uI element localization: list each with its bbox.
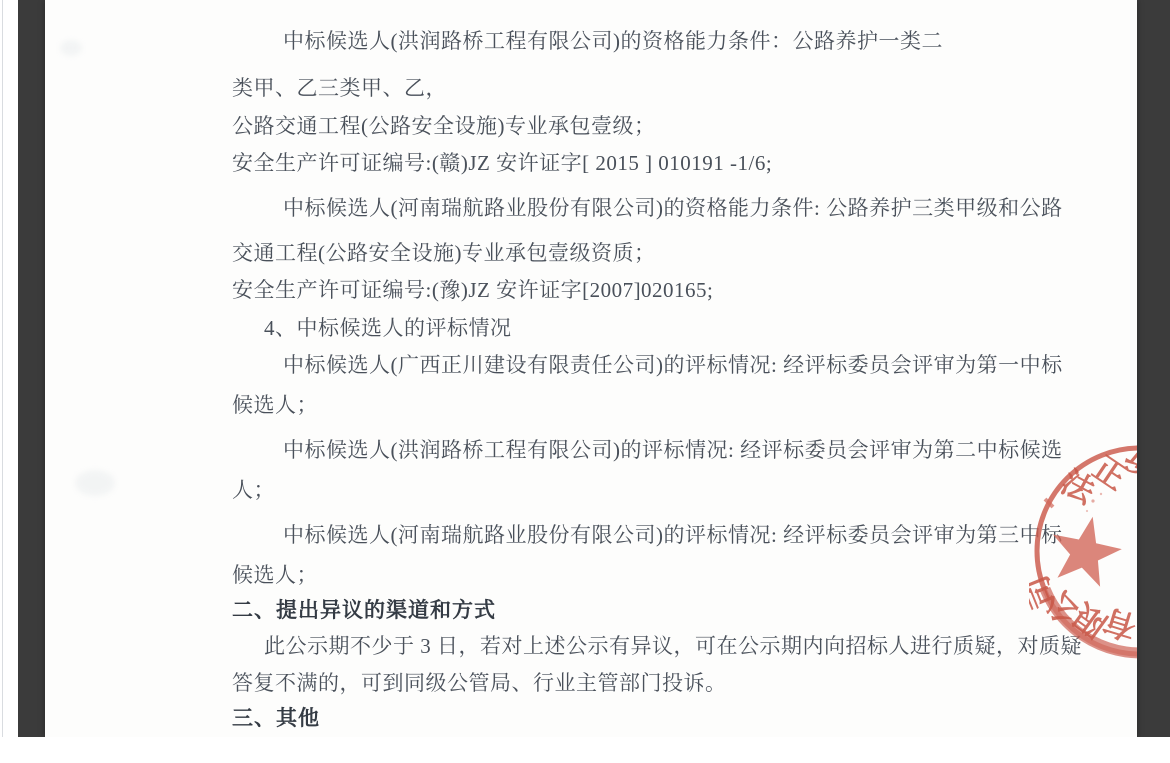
doc-line: 候选人； [232,560,318,590]
stamp-speck [1086,510,1088,512]
doc-line: 中标候选人(广西正川建设有限责任公司)的评标情况: 经评标委员会评审为第一中标 [283,350,1063,380]
doc-line: 候选人； [232,390,318,420]
doc-line: 安全生产许可证编号:(赣)JZ 安许证字[ 2015 ] 010191 -1/6… [232,148,772,178]
scan-smudge [60,40,82,56]
doc-line: 人； [232,475,275,505]
document-page: 中标候选人(洪润路桥工程有限公司)的资格能力条件：公路养护一类二 类甲、乙三类甲… [45,0,1137,737]
doc-line: 公路交通工程(公路安全设施)专业承包壹级； [232,111,656,141]
stamp-speck [1100,493,1102,495]
doc-line: 中标候选人(洪润路桥工程有限公司)的资格能力条件：公路养护一类二 [283,26,943,56]
scan-smudge [75,470,115,496]
stamp-speck [1091,499,1094,502]
doc-line: 类甲、乙三类甲、乙， [232,73,447,103]
stamp-char-bottom: 有 [1099,602,1137,646]
doc-section-heading-2: 二、提出异议的渠道和方式 [232,595,496,625]
document-viewer-background: 中标候选人(洪润路桥工程有限公司)的资格能力条件：公路养护一类二 类甲、乙三类甲… [18,0,1170,737]
window-left-border [2,0,3,737]
doc-line: 安全生产许可证编号:(豫)JZ 安许证字[2007]020165; [232,275,713,305]
doc-line: 此公示期不少于 3 日，若对上述公示有异议，可在公示期内向招标人进行质疑，对质疑 [264,631,1082,661]
screenshot-stage: 中标候选人(洪润路桥工程有限公司)的资格能力条件：公路养护一类二 类甲、乙三类甲… [0,0,1170,763]
doc-line: 答复不满的，可到同级公管局、行业主管部门投诉。 [232,668,727,698]
doc-line: 中标候选人(河南瑞航路业股份有限公司)的评标情况: 经评标委员会评审为第三中标 [283,520,1063,550]
doc-line-item-4: 4、中标候选人的评标情况 [264,313,512,343]
doc-line: 中标候选人(河南瑞航路业股份有限公司)的资格能力条件: 公路养护三类甲级和公路 [283,193,1063,223]
doc-section-heading-3: 三、其他 [232,703,320,733]
doc-line: 交通工程(公路安全设施)专业承包壹级资质； [232,238,656,268]
company-stamp: 法 正 项 司 公 限 有 [1029,431,1137,671]
stamp-star-icon [1044,509,1127,589]
doc-line: 中标候选人(洪润路桥工程有限公司)的评标情况: 经评标委员会评审为第二中标候选 [283,435,1063,465]
